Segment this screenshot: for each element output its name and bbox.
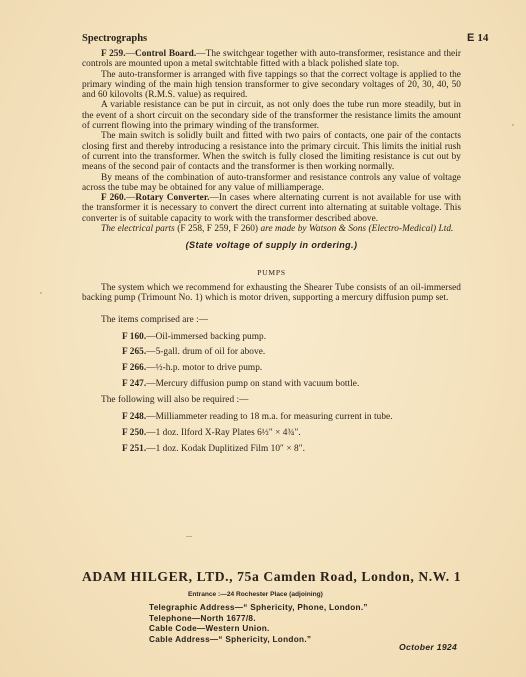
list-item: F 160.—Oil-immersed backing pump. bbox=[82, 330, 461, 346]
also-required-intro: The following will also be required :— bbox=[82, 393, 461, 408]
control-board-paragraph: F 259.—Control Board.—The switchgear tog… bbox=[82, 49, 461, 70]
paragraph: The main switch is solidly built and fit… bbox=[82, 131, 461, 172]
note-text: ) Ltd. bbox=[433, 224, 453, 234]
item-title: Rotary Converter. bbox=[135, 193, 209, 203]
paragraph: A variable resistance can be put in circ… bbox=[82, 100, 461, 131]
item-text: —½-h.p. motor to drive pump. bbox=[146, 363, 262, 373]
telephone: Telephone—North 1677/8. bbox=[149, 614, 368, 625]
paper-speck bbox=[512, 124, 514, 126]
item-code: F 260. bbox=[101, 193, 126, 203]
item-text: —1 doz. Kodak Duplitized Film 10″ × 8″. bbox=[146, 444, 305, 454]
contact-details: Telegraphic Address—“ Sphericity, Phone,… bbox=[149, 603, 368, 645]
item-code: F 265. bbox=[122, 347, 146, 357]
manufacturer-note: The electrical parts (F 258, F 259, F 26… bbox=[82, 224, 461, 234]
entrance-note: Entrance :—24 Rochester Place (adjoining… bbox=[188, 591, 323, 598]
state-voltage-note: (State voltage of supply in ordering.) bbox=[82, 240, 461, 250]
list-item: F 250.—1 doz. Ilford X-Ray Plates 6½″ × … bbox=[82, 426, 461, 442]
item-text: —Milliammeter reading to 18 m.a. for mea… bbox=[146, 412, 392, 422]
list-item: F 266.—½-h.p. motor to drive pump. bbox=[82, 361, 461, 377]
also-items-list: F 248.—Milliammeter reading to 18 m.a. f… bbox=[82, 410, 461, 457]
item-text: —5-gall. drum of oil for above. bbox=[146, 347, 265, 357]
item-text: —Mercury diffusion pump on stand with va… bbox=[146, 379, 359, 389]
list-item: F 247.—Mercury diffusion pump on stand w… bbox=[82, 377, 461, 393]
item-code: F 251. bbox=[122, 444, 146, 454]
page-letter: E bbox=[467, 32, 474, 44]
item-code: F 250. bbox=[122, 428, 146, 438]
rotary-converter-paragraph: F 260.—Rotary Converter.—In cases where … bbox=[82, 193, 461, 224]
note-text: The electrical parts bbox=[101, 224, 175, 234]
paragraph: By means of the combination of auto-tran… bbox=[82, 173, 461, 194]
item-code: F 248. bbox=[122, 412, 146, 422]
body-text: F 259.—Control Board.—The switchgear tog… bbox=[82, 49, 461, 457]
item-title: Control Board. bbox=[135, 49, 196, 59]
pump-items-list: F 160.—Oil-immersed backing pump. F 265.… bbox=[82, 330, 461, 393]
page-number: E 14 bbox=[467, 32, 488, 44]
paper-speck bbox=[186, 536, 192, 537]
publication-date: October 1924 bbox=[399, 642, 457, 652]
catalogue-page: Spectrographs E 14 F 259.—Control Board.… bbox=[0, 0, 526, 677]
list-item: F 265.—5-gall. drum of oil for above. bbox=[82, 345, 461, 361]
paragraph: The auto-transformer is arranged with fi… bbox=[82, 70, 461, 101]
list-item: F 248.—Milliammeter reading to 18 m.a. f… bbox=[82, 410, 461, 426]
item-text: —1 doz. Ilford X-Ray Plates 6½″ × 4¾″. bbox=[146, 428, 301, 438]
pumps-intro: The system which we recommend for exhaus… bbox=[82, 283, 461, 304]
company-address: ADAM HILGER, LTD., 75a Camden Road, Lond… bbox=[82, 569, 461, 585]
cable-address: Cable Address—“ Sphericity, London.” bbox=[149, 635, 368, 646]
pumps-heading: PUMPS bbox=[82, 268, 461, 278]
cable-code: Cable Code—Western Union. bbox=[149, 624, 368, 635]
item-code: F 259. bbox=[101, 49, 126, 59]
item-code: F 266. bbox=[122, 363, 146, 373]
list-item: F 251.—1 doz. Kodak Duplitized Film 10″ … bbox=[82, 442, 461, 458]
page-num: 14 bbox=[477, 32, 488, 44]
note-text: Electro-Medical bbox=[372, 224, 433, 234]
note-codes: (F 258, F 259, F 260) bbox=[177, 224, 258, 234]
item-code: F 160. bbox=[122, 332, 146, 342]
paper-speck bbox=[40, 292, 42, 294]
note-text: are made by Watson & Sons ( bbox=[260, 224, 371, 234]
item-text: —Oil-immersed backing pump. bbox=[146, 332, 266, 342]
items-intro: The items comprised are :— bbox=[82, 313, 461, 328]
section-title: Spectrographs bbox=[82, 33, 147, 44]
telegraphic-address: Telegraphic Address—“ Sphericity, Phone,… bbox=[149, 603, 368, 614]
item-code: F 247. bbox=[122, 379, 146, 389]
